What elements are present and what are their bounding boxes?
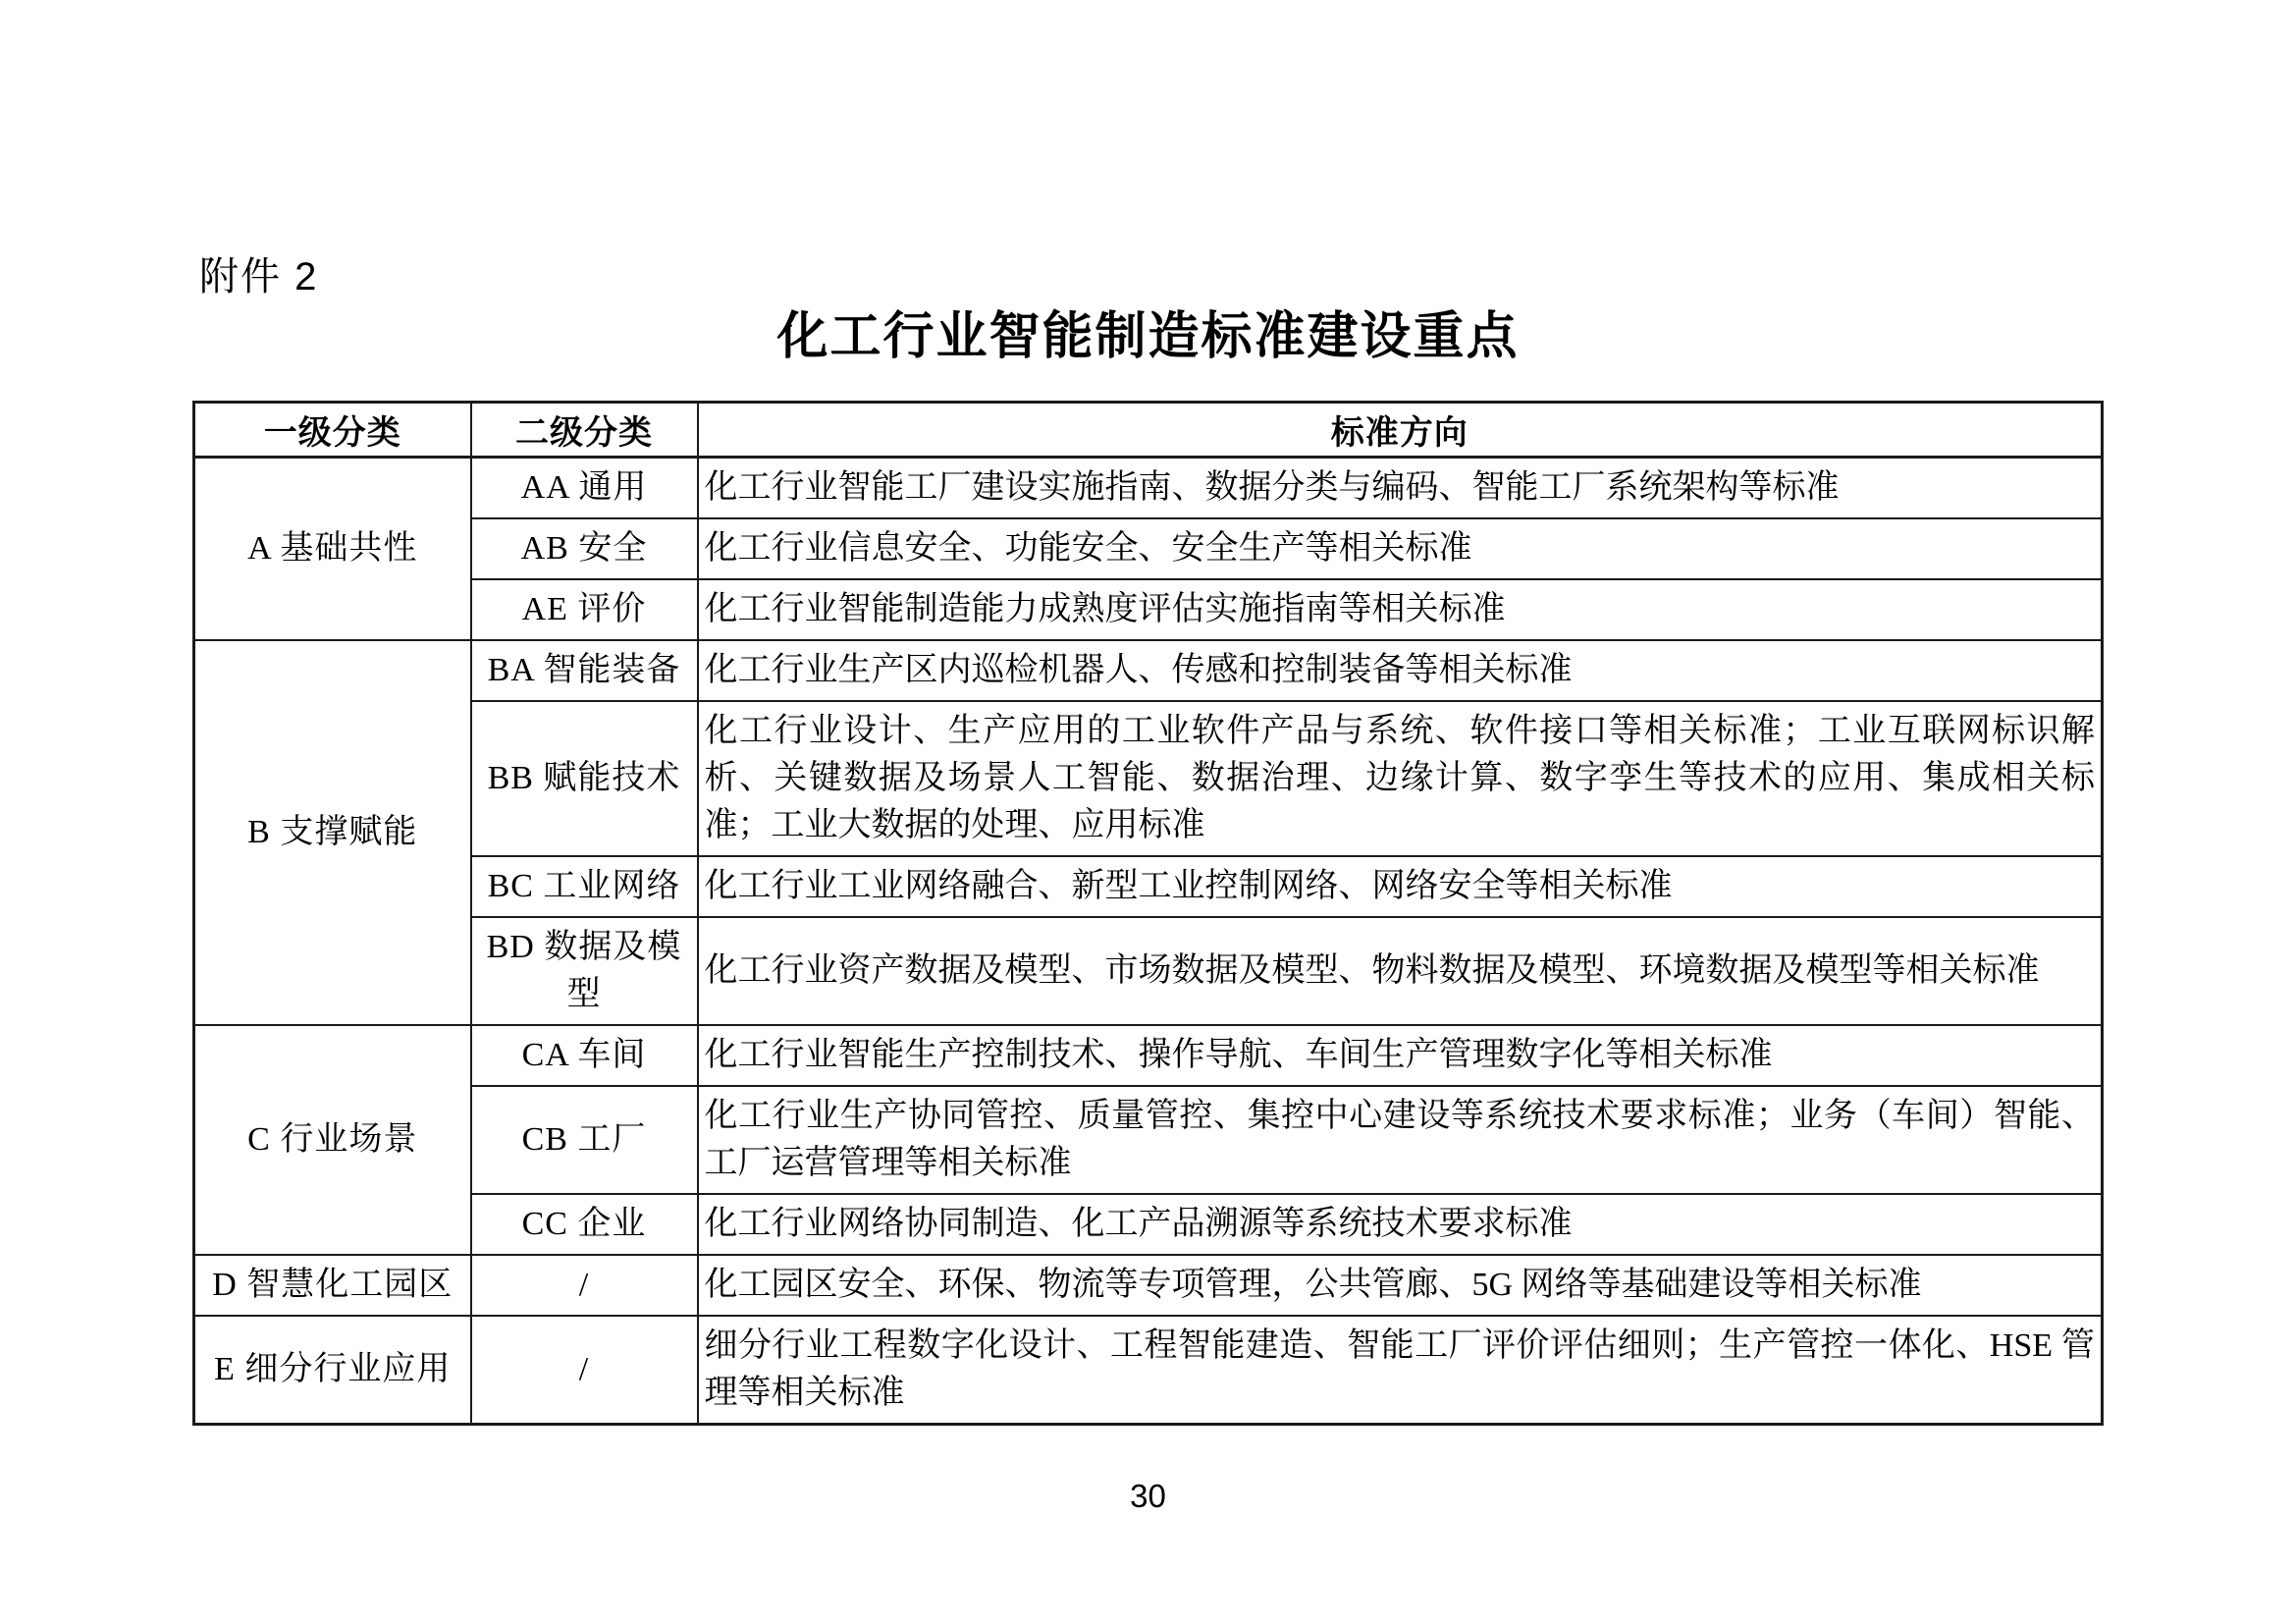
table-row: AB 安全 化工行业信息安全、功能安全、安全生产等相关标准 — [194, 518, 2103, 579]
direction-cell-e: 细分行业工程数字化设计、工程智能建造、智能工厂评价评估细则；生产管控一体化、HS… — [698, 1316, 2103, 1425]
standards-table: 一级分类 二级分类 标准方向 A 基础共性 AA 通用 化工行业智能工厂建设实施… — [192, 401, 2104, 1426]
level2-cell-e: / — [471, 1316, 698, 1425]
page-title: 化工行业智能制造标准建设重点 — [0, 295, 2296, 368]
table-row: BC 工业网络 化工行业工业网络融合、新型工业控制网络、网络安全等相关标准 — [194, 856, 2103, 917]
column-header-level1: 一级分类 — [194, 403, 471, 458]
level2-cell-ab: AB 安全 — [471, 518, 698, 579]
direction-cell-bc: 化工行业工业网络融合、新型工业控制网络、网络安全等相关标准 — [698, 856, 2103, 917]
level1-cell-b: B 支撑赋能 — [194, 640, 471, 1025]
table-row: BB 赋能技术 化工行业设计、生产应用的工业软件产品与系统、软件接口等相关标准；… — [194, 701, 2103, 856]
table-row: CB 工厂 化工行业生产协同管控、质量管控、集控中心建设等系统技术要求标准；业务… — [194, 1086, 2103, 1194]
level2-cell-ae: AE 评价 — [471, 579, 698, 640]
direction-cell-ab: 化工行业信息安全、功能安全、安全生产等相关标准 — [698, 518, 2103, 579]
table-row: B 支撑赋能 BA 智能装备 化工行业生产区内巡检机器人、传感和控制装备等相关标… — [194, 640, 2103, 701]
column-header-level2: 二级分类 — [471, 403, 698, 458]
level2-cell-bb: BB 赋能技术 — [471, 701, 698, 856]
table-row: D 智慧化工园区 / 化工园区安全、环保、物流等专项管理，公共管廊、5G 网络等… — [194, 1255, 2103, 1316]
direction-cell-ae: 化工行业智能制造能力成熟度评估实施指南等相关标准 — [698, 579, 2103, 640]
level2-cell-cc: CC 企业 — [471, 1194, 698, 1255]
direction-cell-bd: 化工行业资产数据及模型、市场数据及模型、物料数据及模型、环境数据及模型等相关标准 — [698, 917, 2103, 1025]
level1-cell-c: C 行业场景 — [194, 1025, 471, 1255]
level2-cell-bd: BD 数据及模型 — [471, 917, 698, 1025]
direction-cell-ba: 化工行业生产区内巡检机器人、传感和控制装备等相关标准 — [698, 640, 2103, 701]
direction-cell-cb: 化工行业生产协同管控、质量管控、集控中心建设等系统技术要求标准；业务（车间）智能… — [698, 1086, 2103, 1194]
page-number: 30 — [0, 1478, 2296, 1515]
level2-cell-aa: AA 通用 — [471, 458, 698, 519]
direction-cell-bb: 化工行业设计、生产应用的工业软件产品与系统、软件接口等相关标准；工业互联网标识解… — [698, 701, 2103, 856]
level1-cell-e: E 细分行业应用 — [194, 1316, 471, 1425]
table-row: AE 评价 化工行业智能制造能力成熟度评估实施指南等相关标准 — [194, 579, 2103, 640]
direction-cell-aa: 化工行业智能工厂建设实施指南、数据分类与编码、智能工厂系统架构等标准 — [698, 458, 2103, 519]
direction-cell-cc: 化工行业网络协同制造、化工产品溯源等系统技术要求标准 — [698, 1194, 2103, 1255]
table-row: E 细分行业应用 / 细分行业工程数字化设计、工程智能建造、智能工厂评价评估细则… — [194, 1316, 2103, 1425]
level2-cell-bc: BC 工业网络 — [471, 856, 698, 917]
table-row: C 行业场景 CA 车间 化工行业智能生产控制技术、操作导航、车间生产管理数字化… — [194, 1025, 2103, 1086]
level2-cell-d: / — [471, 1255, 698, 1316]
level2-cell-ca: CA 车间 — [471, 1025, 698, 1086]
level2-cell-cb: CB 工厂 — [471, 1086, 698, 1194]
direction-cell-d: 化工园区安全、环保、物流等专项管理，公共管廊、5G 网络等基础建设等相关标准 — [698, 1255, 2103, 1316]
direction-cell-ca: 化工行业智能生产控制技术、操作导航、车间生产管理数字化等相关标准 — [698, 1025, 2103, 1086]
level2-cell-ba: BA 智能装备 — [471, 640, 698, 701]
table-row: A 基础共性 AA 通用 化工行业智能工厂建设实施指南、数据分类与编码、智能工厂… — [194, 458, 2103, 519]
table-header-row: 一级分类 二级分类 标准方向 — [194, 403, 2103, 458]
level1-cell-d: D 智慧化工园区 — [194, 1255, 471, 1316]
table-row: BD 数据及模型 化工行业资产数据及模型、市场数据及模型、物料数据及模型、环境数… — [194, 917, 2103, 1025]
attachment-label: 附件 2 — [199, 245, 318, 301]
column-header-direction: 标准方向 — [698, 403, 2103, 458]
level1-cell-a: A 基础共性 — [194, 458, 471, 641]
table-row: CC 企业 化工行业网络协同制造、化工产品溯源等系统技术要求标准 — [194, 1194, 2103, 1255]
